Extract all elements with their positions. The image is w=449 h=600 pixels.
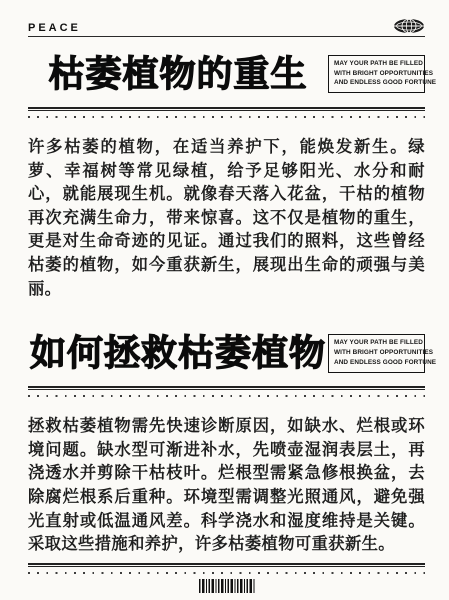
- divider-dotted: [28, 395, 425, 397]
- title-row: 枯萎植物的重生 MAY YOUR PATH BE FILLED WITH BRI…: [28, 50, 425, 98]
- divider-solid: [28, 107, 425, 111]
- badge-line: AND ENDLESS GOOD FORTUNE: [334, 79, 419, 88]
- badge-line: WITH BRIGHT OPPORTUNITIES: [334, 349, 419, 358]
- barcode: [199, 579, 255, 593]
- page-footer: [28, 563, 425, 593]
- section-body: 许多枯萎的植物，在适当养护下，能焕发新生。绿萝、幸福树等常见绿植，给予足够阳光、…: [28, 136, 425, 301]
- badge-line: AND ENDLESS GOOD FORTUNE: [334, 359, 419, 368]
- fortune-badge: MAY YOUR PATH BE FILLED WITH BRIGHT OPPO…: [328, 55, 425, 94]
- divider-dotted: [28, 116, 425, 118]
- page-header: PEACE: [28, 16, 425, 37]
- section-rebirth: 枯萎植物的重生 MAY YOUR PATH BE FILLED WITH BRI…: [28, 50, 425, 301]
- section-title: 枯萎植物的重生: [28, 53, 328, 94]
- brand-label: PEACE: [28, 22, 81, 34]
- title-row: 如何拯救枯萎植物 MAY YOUR PATH BE FILLED WITH BR…: [28, 329, 425, 377]
- section-rescue: 如何拯救枯萎植物 MAY YOUR PATH BE FILLED WITH BR…: [28, 329, 425, 557]
- badge-line: WITH BRIGHT OPPORTUNITIES: [334, 70, 419, 79]
- divider-dotted: [28, 572, 425, 574]
- divider-solid: [28, 563, 425, 567]
- globe-icon: [393, 18, 425, 34]
- brand-row: PEACE: [28, 16, 425, 34]
- section-title: 如何拯救枯萎植物: [28, 332, 328, 373]
- section-body: 拯救枯萎植物需先快速诊断原因，如缺水、烂根或环境问题。缺水型可渐进补水，先喷壶湿…: [28, 415, 425, 557]
- badge-line: MAY YOUR PATH BE FILLED: [334, 339, 419, 348]
- header-rule: [28, 36, 425, 37]
- poster-page: PEACE 枯萎植物的重生 MAY YOUR PATH BE FILLED WI…: [0, 0, 449, 600]
- badge-line: MAY YOUR PATH BE FILLED: [334, 60, 419, 69]
- divider-solid: [28, 386, 425, 390]
- fortune-badge: MAY YOUR PATH BE FILLED WITH BRIGHT OPPO…: [328, 334, 425, 373]
